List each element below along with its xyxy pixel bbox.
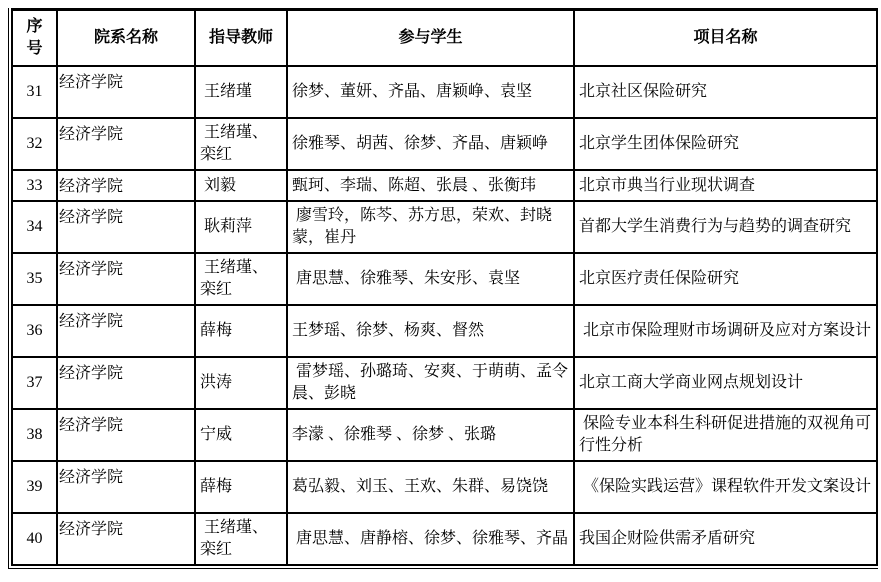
col-header-dept: 院系名称 [57,10,195,67]
cell-advisor: 王绪瑾、栾红 [195,253,287,305]
cell-no: 38 [12,409,57,461]
header-row: 序号 院系名称 指导教师 参与学生 项目名称 [12,10,877,67]
project-table: 序号 院系名称 指导教师 参与学生 项目名称 31经济学院 王绪瑾徐梦、董妍、齐… [11,8,878,566]
cell-students: 徐梦、董妍、齐晶、唐颖峥、袁坚 [287,66,574,118]
cell-no: 33 [12,170,57,201]
cell-students: 廖雪玲，陈芩、苏方思，荣欢、封晓蒙，崔丹 [287,201,574,253]
cell-dept: 经济学院 [57,253,195,305]
cell-dept: 经济学院 [57,513,195,565]
table-row: 35经济学院 王绪瑾、栾红 唐思慧、徐雅琴、朱安彤、袁坚北京医疗责任保险研究 [12,253,877,305]
cell-no: 40 [12,513,57,565]
cell-students: 甄珂、李瑞、陈超、张晨 、张衡玮 [287,170,574,201]
col-header-no: 序号 [12,10,57,67]
table-row: 38经济学院宁威李濛 、徐雅琴 、徐梦 、张璐 保险专业本科生科研促进措施的双视… [12,409,877,461]
table-row: 32经济学院 王绪瑾、栾红徐雅琴、胡茜、徐梦、齐晶、唐颖峥北京学生团体保险研究 [12,118,877,170]
cell-no: 39 [12,461,57,513]
col-header-advisor: 指导教师 [195,10,287,67]
table-row: 40经济学院 王绪瑾、栾红 唐思慧、唐静榕、徐梦、徐雅琴、齐晶我国企财险供需矛盾… [12,513,877,565]
cell-students: 唐思慧、唐静榕、徐梦、徐雅琴、齐晶 [287,513,574,565]
cell-advisor: 王绪瑾、栾红 [195,513,287,565]
cell-dept: 经济学院 [57,357,195,409]
cell-project: 北京医疗责任保险研究 [574,253,877,305]
cell-dept: 经济学院 [57,201,195,253]
cell-no: 31 [12,66,57,118]
cell-dept: 经济学院 [57,66,195,118]
cell-project: 北京社区保险研究 [574,66,877,118]
cell-project: 北京市保险理财市场调研及应对方案设计 [574,305,877,357]
cell-dept: 经济学院 [57,305,195,357]
cell-advisor: 洪涛 [195,357,287,409]
cell-project: 北京工商大学商业网点规划设计 [574,357,877,409]
table-row: 34经济学院 耿莉萍 廖雪玲，陈芩、苏方思，荣欢、封晓蒙，崔丹首都大学生消费行为… [12,201,877,253]
cell-no: 36 [12,305,57,357]
cell-students: 葛弘毅、刘玉、王欢、朱群、易饶饶 [287,461,574,513]
cell-advisor: 耿莉萍 [195,201,287,253]
cell-project: 北京市典当行业现状调查 [574,170,877,201]
table-row: 37经济学院洪涛 雷梦瑶、孙璐琦、安爽、于萌萌、孟令晨、彭晓北京工商大学商业网点… [12,357,877,409]
cell-project: 北京学生团体保险研究 [574,118,877,170]
cell-advisor: 薛梅 [195,305,287,357]
project-table-container: 序号 院系名称 指导教师 参与学生 项目名称 31经济学院 王绪瑾徐梦、董妍、齐… [8,8,878,569]
table-row: 36经济学院薛梅王梦瑶、徐梦、杨爽、督然 北京市保险理财市场调研及应对方案设计 [12,305,877,357]
cell-project: 《保险实践运营》课程软件开发文案设计 [574,461,877,513]
table-row: 31经济学院 王绪瑾徐梦、董妍、齐晶、唐颖峥、袁坚北京社区保险研究 [12,66,877,118]
table-body: 31经济学院 王绪瑾徐梦、董妍、齐晶、唐颖峥、袁坚北京社区保险研究32经济学院 … [12,66,877,565]
cell-project: 首都大学生消费行为与趋势的调查研究 [574,201,877,253]
cell-dept: 经济学院 [57,409,195,461]
cell-dept: 经济学院 [57,170,195,201]
cell-advisor: 王绪瑾 [195,66,287,118]
cell-no: 35 [12,253,57,305]
cell-students: 李濛 、徐雅琴 、徐梦 、张璐 [287,409,574,461]
cell-students: 雷梦瑶、孙璐琦、安爽、于萌萌、孟令晨、彭晓 [287,357,574,409]
cell-no: 32 [12,118,57,170]
cell-dept: 经济学院 [57,118,195,170]
cell-students: 徐雅琴、胡茜、徐梦、齐晶、唐颖峥 [287,118,574,170]
cell-project: 保险专业本科生科研促进措施的双视角可行性分析 [574,409,877,461]
cell-project: 我国企财险供需矛盾研究 [574,513,877,565]
cell-advisor: 薛梅 [195,461,287,513]
cell-no: 37 [12,357,57,409]
cell-advisor: 刘毅 [195,170,287,201]
col-header-students: 参与学生 [287,10,574,67]
cell-no: 34 [12,201,57,253]
table-row: 39经济学院薛梅葛弘毅、刘玉、王欢、朱群、易饶饶 《保险实践运营》课程软件开发文… [12,461,877,513]
table-row: 33经济学院 刘毅甄珂、李瑞、陈超、张晨 、张衡玮北京市典当行业现状调查 [12,170,877,201]
cell-students: 唐思慧、徐雅琴、朱安彤、袁坚 [287,253,574,305]
cell-advisor: 王绪瑾、栾红 [195,118,287,170]
cell-dept: 经济学院 [57,461,195,513]
col-header-project: 项目名称 [574,10,877,67]
cell-students: 王梦瑶、徐梦、杨爽、督然 [287,305,574,357]
cell-advisor: 宁威 [195,409,287,461]
